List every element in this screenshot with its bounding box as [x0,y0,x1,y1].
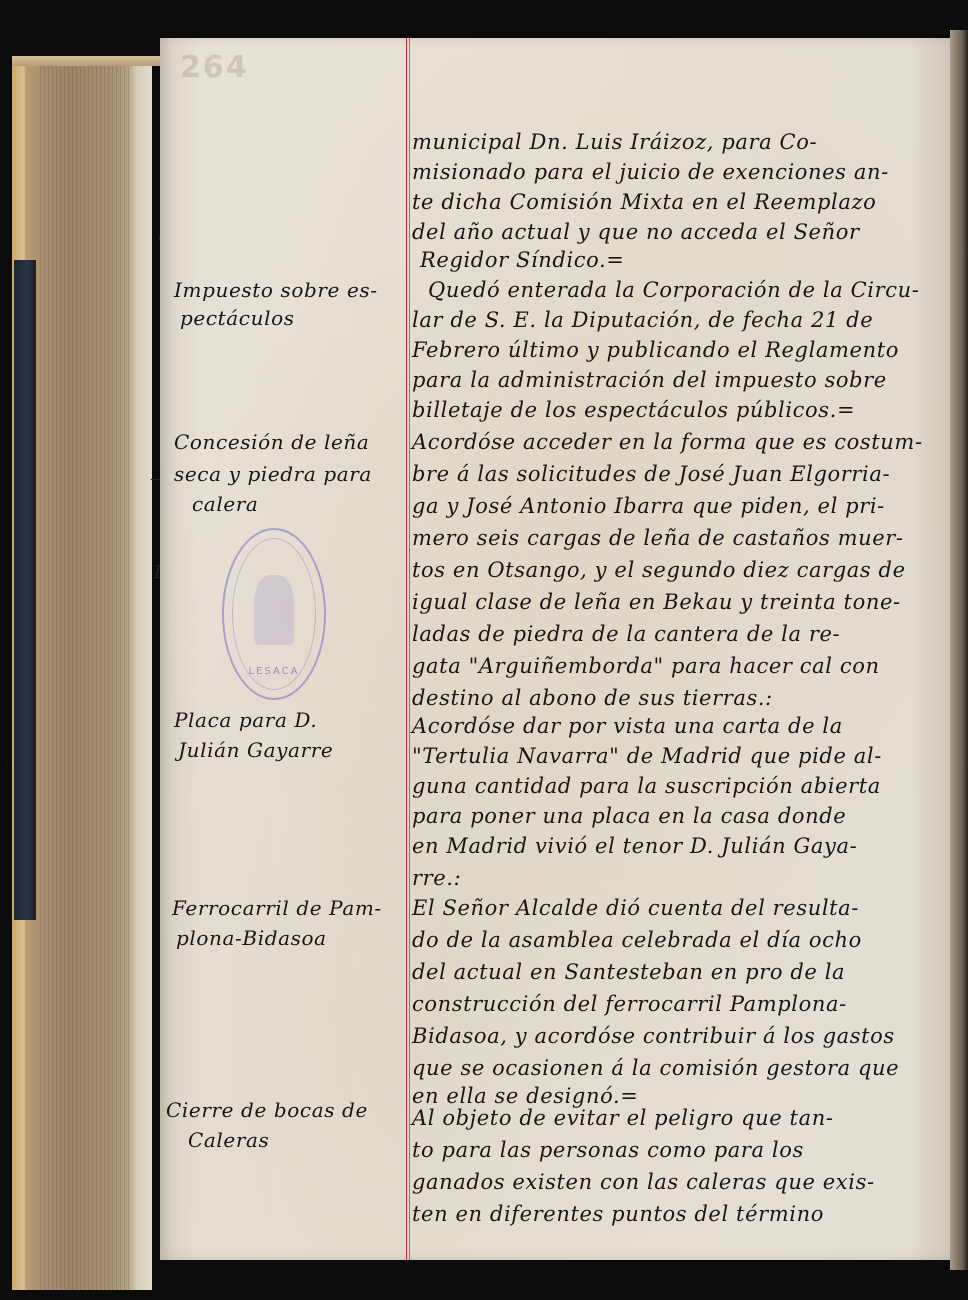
margin-note-line: Concesión de leña [174,430,369,454]
body-line: ganados existen con las caleras que exis… [412,1170,875,1194]
margin-note-line: Impuesto sobre es- [174,278,378,302]
body-line: construcción del ferrocarril Pamplona- [412,992,847,1016]
margin-note-line: pectáculos [180,306,295,330]
municipal-stamp: LESACA [222,528,326,700]
body-line: El Señor Alcalde dió cuenta del resulta- [412,896,859,920]
ledger-page: 264 LESACA Impuesto sobre es- pectáculos… [160,38,950,1260]
body-line: Quedó enterada la Corporación de la Circ… [428,278,919,302]
page-edges-texture [40,60,130,1290]
body-line: bre á las solicitudes de José Juan Elgor… [412,462,890,486]
body-line: igual clase de leña en Bekau y treinta t… [412,590,901,614]
body-line: rre.: [412,866,461,890]
body-line: Febrero último y publicando el Reglament… [412,338,899,362]
margin-note-line: Caleras [188,1128,269,1152]
stamp-town-name: LESACA [242,666,306,677]
margin-note-line: Cierre de bocas de [166,1098,368,1122]
body-line: del año actual y que no acceda el Señor [412,220,860,244]
body-line: del actual en Santesteban en pro de la [412,960,845,984]
body-line: "Tertulia Navarra" de Madrid que pide al… [412,744,882,768]
margin-rule-right [409,38,410,1260]
body-line: en ella se designó.= [412,1084,638,1108]
body-line: en Madrid vivió el tenor D. Julián Gaya- [412,834,857,858]
body-line: billetaje de los espectáculos públicos.= [412,398,855,422]
body-line: ga y José Antonio Ibarra que piden, el p… [412,494,885,518]
body-line: guna cantidad para la suscripción abiert… [412,774,881,798]
body-line: do de la asamblea celebrada el día ocho [412,928,862,952]
body-line: Al objeto de evitar el peligro que tan- [412,1106,834,1130]
margin-note-line: Ferrocarril de Pam- [172,896,382,920]
body-line: tos en Otsango, y el segundo diez cargas… [412,558,906,582]
body-line: Acordóse acceder en la forma que es cost… [412,430,923,454]
body-line: para la administración del impuesto sobr… [412,368,887,392]
page-number: 264 [180,50,249,85]
body-line: para poner una placa en la casa donde [412,804,846,828]
body-line: Bidasoa, y acordóse contribuir á los gas… [412,1024,895,1048]
body-line: te dicha Comisión Mixta en el Reemplazo [412,190,876,214]
body-line: que se ocasionen á la comisión gestora q… [412,1056,899,1080]
body-line: Acordóse dar por vista una carta de la [412,714,843,738]
margin-note-line: Placa para D. [174,708,317,732]
coat-of-arms-icon [254,575,294,645]
book-edge-top [12,56,162,66]
body-line: destino al abono de sus tierras.: [412,686,773,710]
margin-note-line: seca y piedra para [174,462,372,486]
body-line: to para las personas como para los [412,1138,804,1162]
body-line: ladas de piedra de la cantera de la re- [412,622,840,646]
margin-note-line: plona-Bidasoa [176,926,327,950]
body-line: ten en diferentes puntos del término [412,1202,824,1226]
body-line: Regidor Síndico.= [420,248,625,272]
body-line: mero seis cargas de leña de castaños mue… [412,526,904,550]
margin-note-line: Julián Gayarre [178,738,333,762]
page-gutter-right [950,30,968,1270]
body-line: municipal Dn. Luis Iráizoz, para Co- [412,130,817,154]
margin-note-line: calera [192,492,258,516]
body-line: lar de S. E. la Diputación, de fecha 21 … [412,308,873,332]
book-cover-leather [14,260,36,920]
body-line: misionado para el juicio de exenciones a… [412,160,889,184]
margin-rule-left [406,38,407,1260]
body-line: gata "Arguiñemborda" para hacer cal con [412,654,880,678]
